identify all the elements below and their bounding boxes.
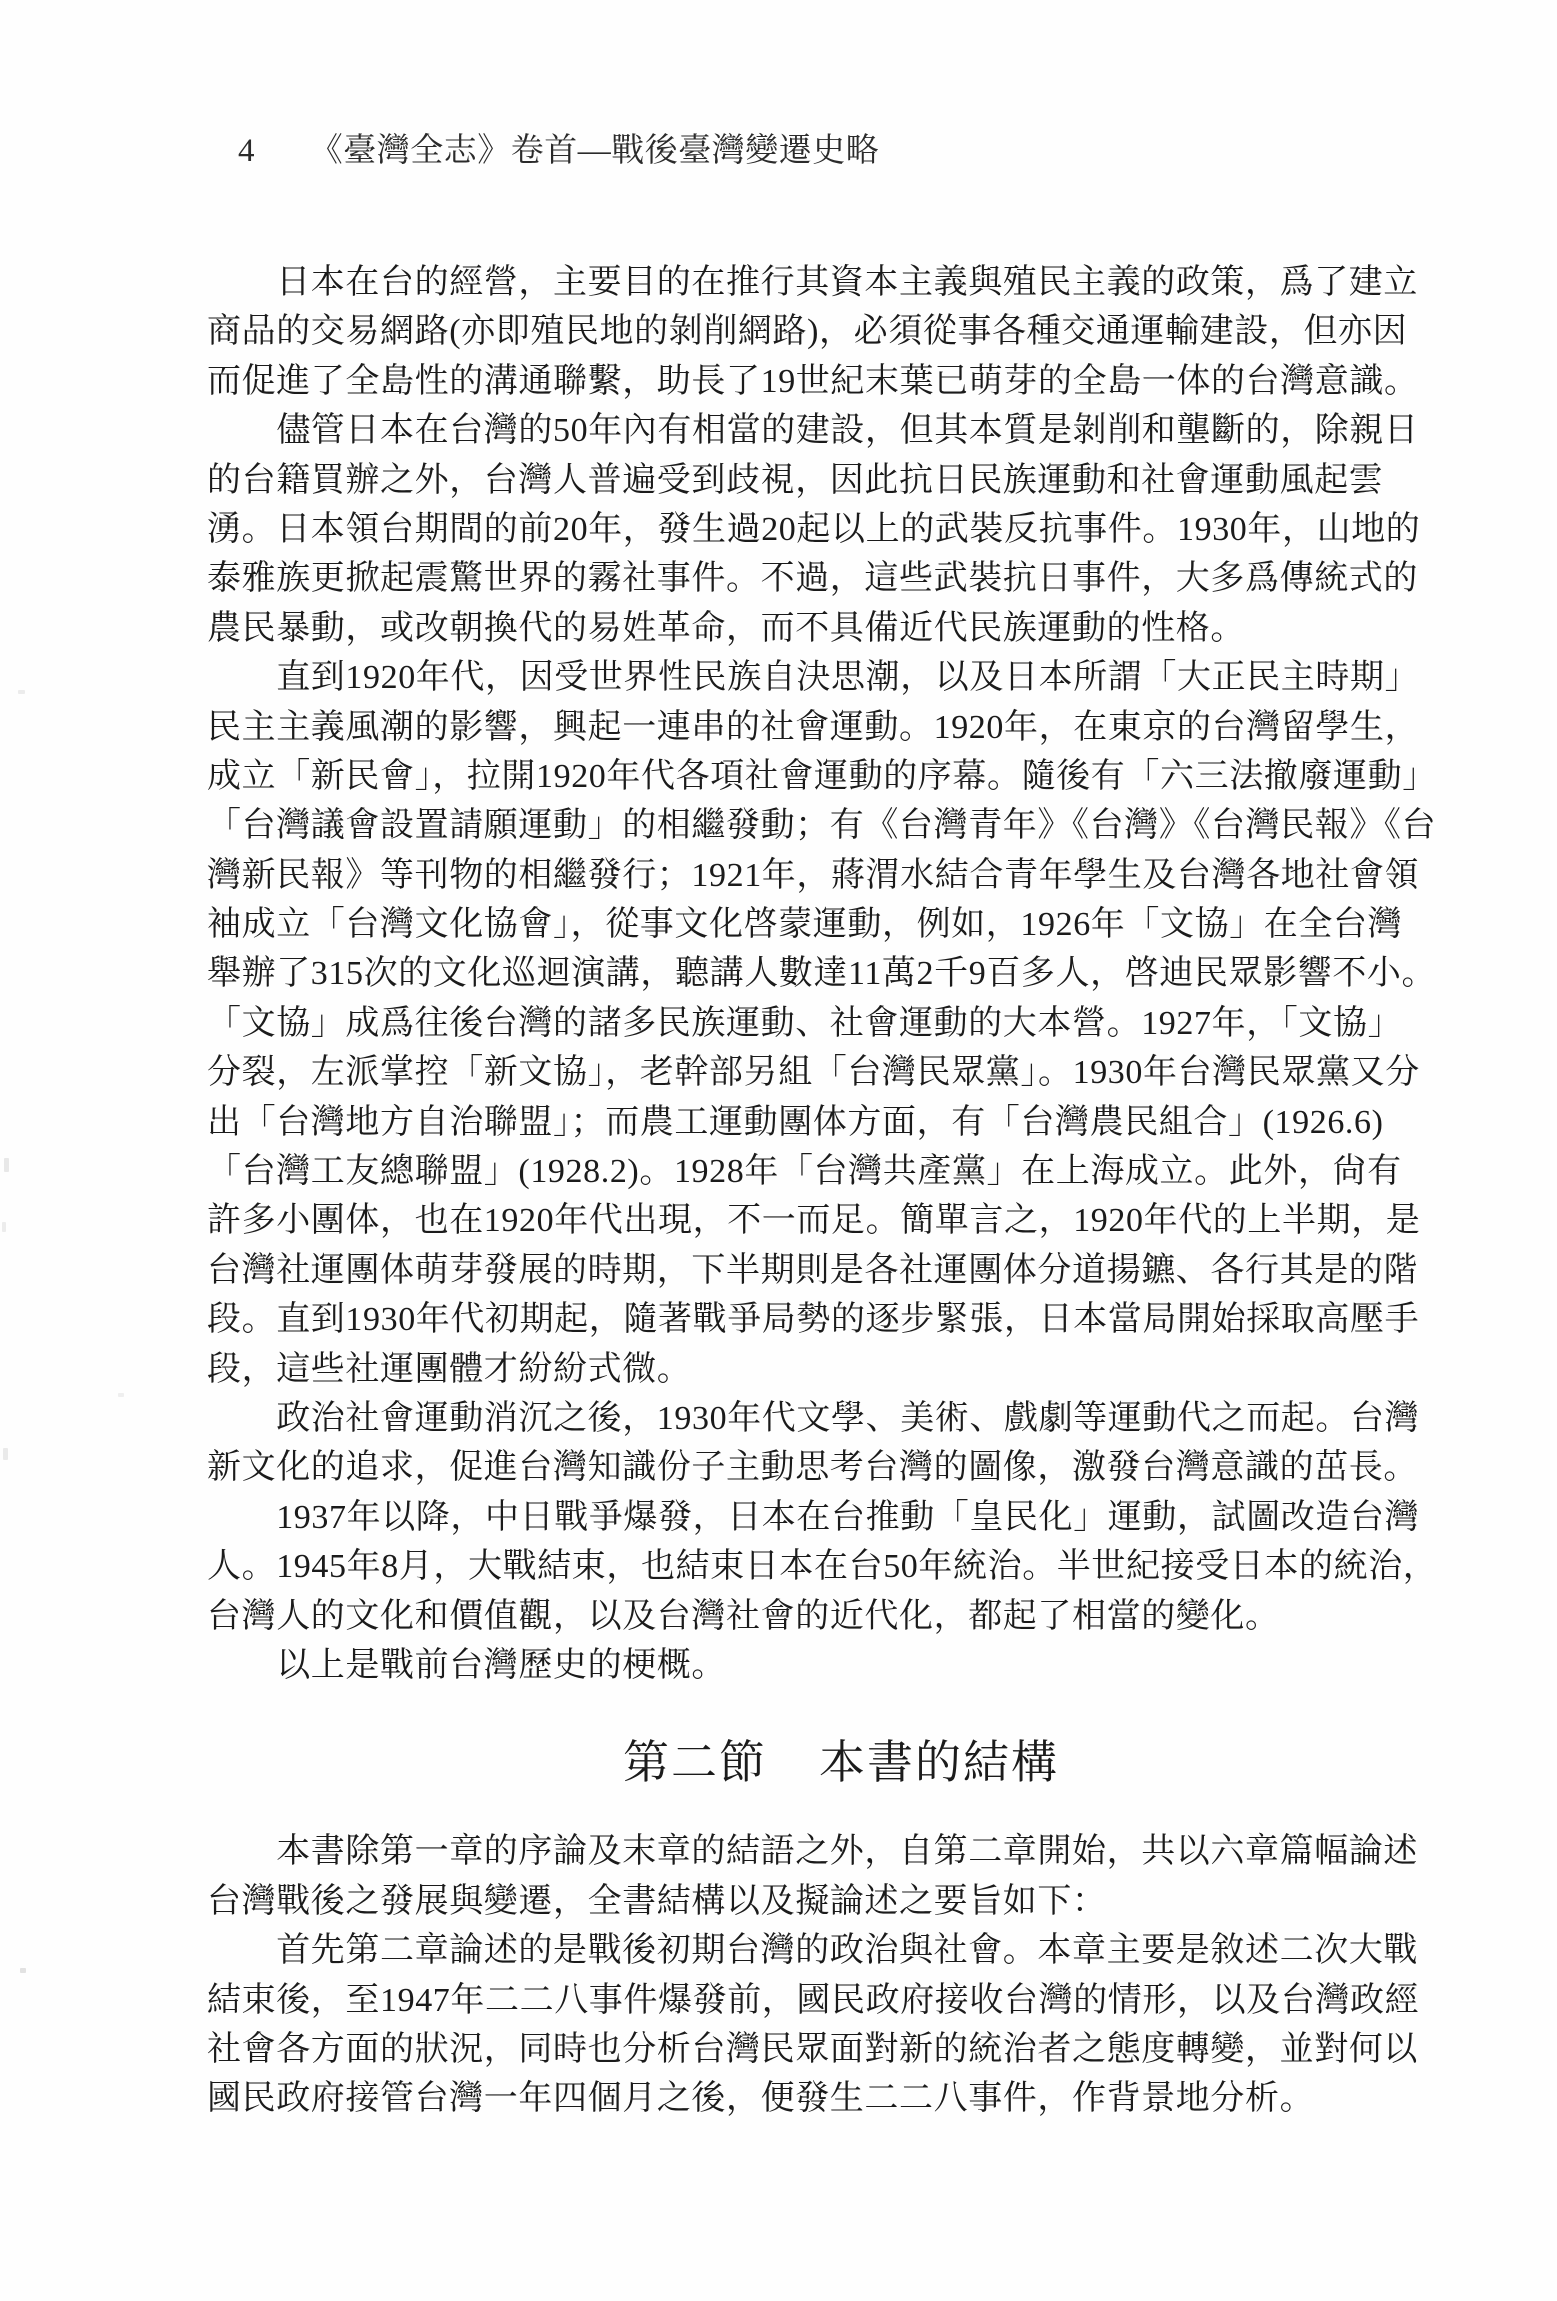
body-text-line: 而促進了全島性的溝通聯繫，助長了19世紀末葉已萌芽的全島一体的台灣意識。: [207, 357, 1403, 406]
body-text-line: 國民政府接管台灣一年四個月之後，便發生二二八事件，作背景地分析。: [207, 2074, 1403, 2123]
body-text-line: 台灣人的文化和價值觀，以及台灣社會的近代化，都起了相當的變化。: [207, 1592, 1403, 1641]
running-header: 4 《臺灣全志》卷首—戰後臺灣變遷史略: [238, 130, 879, 172]
body-text-line: 段，這些社運團體才紛紛式微。: [207, 1345, 1403, 1394]
body-text-line: 人。1945年8月，大戰結束，也結束日本在台50年統治。半世紀接受日本的統治，: [207, 1542, 1403, 1591]
body-text-line: 本書除第一章的序論及末章的結語之外，自第二章開始，共以六章篇幅論述: [207, 1827, 1403, 1876]
body-text-line: 儘管日本在台灣的50年內有相當的建設，但其本質是剝削和壟斷的，除親日: [207, 406, 1403, 455]
body-text-line: 日本在台的經營，主要目的在推行其資本主義與殖民主義的政策，爲了建立: [207, 258, 1403, 307]
body-text-line: 許多小團体，也在1920年代出現，不一而足。簡單言之，1920年代的上半期，是: [207, 1196, 1403, 1245]
body-text-line: 社會各方面的狀況，同時也分析台灣民眾面對新的統治者之態度轉變，並對何以: [207, 2025, 1403, 2074]
scanned-book-page: 4 《臺灣全志》卷首—戰後臺灣變遷史略 日本在台的經營，主要目的在推行其資本主義…: [0, 0, 1557, 2301]
section-heading: 第二節 本書的結構: [207, 1690, 1403, 1827]
body-text-line: 商品的交易網路(亦即殖民地的剝削網路)，必須從事各種交通運輸建設，但亦因: [207, 307, 1403, 356]
scan-artifact: [20, 1968, 26, 1973]
body-text-line: 袖成立「台灣文化協會」，從事文化啓蒙運動，例如，1926年「文協」在全台灣: [207, 900, 1403, 949]
scan-artifact: [4, 1158, 9, 1172]
body-text-line: 段。直到1930年代初期起，隨著戰爭局勢的逐步緊張，日本當局開始採取高壓手: [207, 1295, 1403, 1344]
scan-artifact: [118, 1393, 124, 1397]
body-text-line: 出「台灣地方自治聯盟」；而農工運動團体方面，有「台灣農民組合」(1926.6): [207, 1098, 1403, 1147]
body-text-line: 舉辦了315次的文化巡迴演講，聽講人數達11萬2千9百多人，啓迪民眾影響不小。: [207, 949, 1403, 998]
running-title: 《臺灣全志》卷首—戰後臺灣變遷史略: [310, 133, 880, 169]
body-text-line: 「台灣工友總聯盟」(1928.2)。1928年「台灣共產黨」在上海成立。此外，尙…: [207, 1147, 1403, 1196]
section-heading-number: 第二節: [623, 1726, 767, 1792]
body-text-line: 成立「新民會」，拉開1920年代各項社會運動的序幕。隨後有「六三法撤廢運動」: [207, 752, 1403, 801]
page-number: 4: [238, 130, 255, 172]
body-text-line: 泰雅族更掀起震驚世界的霧社事件。不過，這些武裝抗日事件，大多爲傳統式的: [207, 554, 1403, 603]
body-text-line: 台灣社運團体萌芽發展的時期，下半期則是各社運團体分道揚鑣、各行其是的階: [207, 1246, 1403, 1295]
scan-artifact: [18, 690, 25, 694]
body-text-line: 湧。日本領台期間的前20年，發生過20起以上的武裝反抗事件。1930年，山地的: [207, 505, 1403, 554]
body-block-prewar-history: 日本在台的經營，主要目的在推行其資本主義與殖民主義的政策，爲了建立商品的交易網路…: [207, 258, 1403, 1690]
body-text-line: 首先第二章論述的是戰後初期台灣的政治與社會。本章主要是敘述二次大戰: [207, 1926, 1403, 1975]
body-text-line: 的台籍買辦之外，台灣人普遍受到歧視，因此抗日民族運動和社會運動風起雲: [207, 456, 1403, 505]
body-text-line: 以上是戰前台灣歷史的梗概。: [207, 1641, 1403, 1690]
body-text-line: 1937年以降，中日戰爭爆發，日本在台推動「皇民化」運動，試圖改造台灣: [207, 1493, 1403, 1542]
body-text-line: 灣新民報》等刊物的相繼發行；1921年，蔣渭水結合青年學生及台灣各地社會領: [207, 851, 1403, 900]
body-text-line: 「文協」成爲往後台灣的諸多民族運動、社會運動的大本營。1927年，「文協」: [207, 999, 1403, 1048]
scan-artifact: [2, 1222, 6, 1232]
body-block-book-structure: 本書除第一章的序論及末章的結語之外，自第二章開始，共以六章篇幅論述台灣戰後之發展…: [207, 1827, 1403, 2123]
body-text-line: 「台灣議會設置請願運動」的相繼發動；有《台灣青年》《台灣》《台灣民報》《台: [207, 801, 1403, 850]
scan-artifact: [3, 1448, 8, 1460]
body-text-line: 結束後，至1947年二二八事件爆發前，國民政府接收台灣的情形，以及台灣政經: [207, 1976, 1403, 2025]
body-text-line: 分裂，左派掌控「新文協」，老幹部另組「台灣民眾黨」。1930年台灣民眾黨又分: [207, 1048, 1403, 1097]
body-text-line: 民主主義風潮的影響，興起一連串的社會運動。1920年，在東京的台灣留學生，: [207, 703, 1403, 752]
page-body-text: 日本在台的經營，主要目的在推行其資本主義與殖民主義的政策，爲了建立商品的交易網路…: [207, 258, 1403, 2124]
body-text-line: 農民暴動，或改朝換代的易姓革命，而不具備近代民族運動的性格。: [207, 604, 1403, 653]
body-text-line: 台灣戰後之發展與變遷，全書結構以及擬論述之要旨如下：: [207, 1877, 1403, 1926]
section-heading-title: 本書的結構: [819, 1726, 1059, 1792]
body-text-line: 直到1920年代，因受世界性民族自決思潮，以及日本所謂「大正民主時期」: [207, 653, 1403, 702]
body-text-line: 新文化的追求，促進台灣知識份子主動思考台灣的圖像，激發台灣意識的茁長。: [207, 1443, 1403, 1492]
body-text-line: 政治社會運動消沉之後，1930年代文學、美術、戲劇等運動代之而起。台灣: [207, 1394, 1403, 1443]
